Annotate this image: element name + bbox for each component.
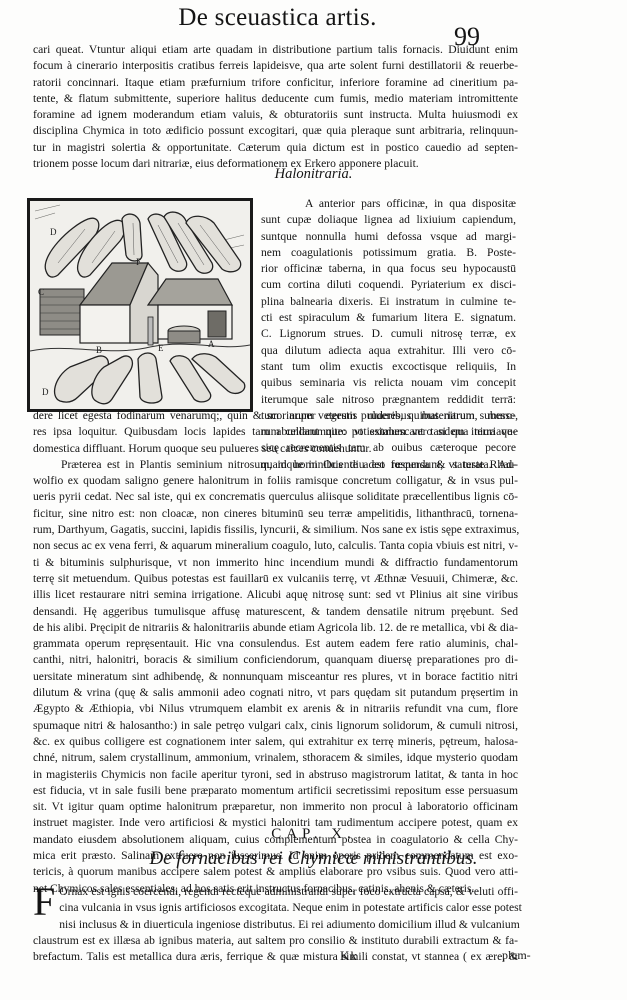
signature-mark: Kk xyxy=(340,948,358,964)
drop-capital: F xyxy=(33,886,55,918)
text-line: A anterior pars officinæ, in qua disposi… xyxy=(261,196,516,212)
text-line: sit. Vt igitur quam optime halonitrum pr… xyxy=(33,799,518,815)
text-line: densandi. Hę aggeribus tumulisque affusę… xyxy=(33,604,518,620)
text-line: nisi inclusus & in diuerticula ingeniose… xyxy=(33,917,518,933)
svg-text:D: D xyxy=(50,227,57,237)
svg-text:E: E xyxy=(158,343,164,353)
text-line: chné, nitrum, salem crystallinum, ammoni… xyxy=(33,750,518,766)
text-line: foramine ad ignem moderandum etiam valui… xyxy=(33,107,518,123)
text-line: canthi, nitri, halonitri, boracis & simi… xyxy=(33,652,518,668)
text-line: dere licet egesta fodinarum venarumq;, q… xyxy=(33,408,518,424)
text-line: suntque nonnulla humi defossa vsque ad m… xyxy=(261,229,516,245)
woodcut-illustration: D C B E A D F xyxy=(27,198,253,412)
text-line: domestica diffluant. Horum quoque seu pu… xyxy=(33,441,518,457)
text-line: quibus seminaria vis relicta nouam vim c… xyxy=(261,375,516,391)
running-head-title: De sceuastica artis. xyxy=(178,4,376,31)
text-line: wolfio ex quodam saligno genere halonitr… xyxy=(33,473,518,489)
catchword: plum- xyxy=(502,948,531,963)
svg-text:D: D xyxy=(42,387,49,397)
text-line: nem coagulationis potissimum gratia. B. … xyxy=(261,245,516,261)
text-line: Ornax est ignis coercendi, regendi recte… xyxy=(33,884,518,900)
text-line: ueris pyrii cedat. Nec sal iste, qui ex … xyxy=(33,489,518,505)
text-line: rum, Darthyum, Gagatis, succini, lapidis… xyxy=(33,522,518,538)
text-line: &c. ex quibus colligere est cognationem … xyxy=(33,734,518,750)
svg-text:C: C xyxy=(38,287,44,297)
text-line: est fiducia, vt in sale fusili bene præp… xyxy=(33,783,518,799)
text-line: ficitur, sine nitro est: non cloacæ, non… xyxy=(33,506,518,522)
text-line: res ipsa loquitur. Quibusdam locis lapid… xyxy=(33,424,518,440)
text-line: cari queat. Vtuntur aliqui etiam arte qu… xyxy=(33,42,518,58)
svg-text:B: B xyxy=(96,345,102,355)
chapter-title: De fornacibus rei Chymicæ ministrantibus… xyxy=(0,848,627,870)
text-line: rior officinæ taberna, in qua focus seu … xyxy=(261,261,516,277)
text-line: sunt cupæ doliaque lignea ad lixiuium ca… xyxy=(261,212,516,228)
text-line: C. Lignorum strues. D. cumuli nitrosę te… xyxy=(261,326,516,342)
text-line: grammata operum repręsentauit. Hic vna c… xyxy=(33,636,518,652)
text-line: illis licet restaurare nitri semina irri… xyxy=(33,587,518,603)
text-line: Ægypto & Æthiopia, vbi Nilus vtrumquem e… xyxy=(33,701,518,717)
text-line: focum à cinerario interpositis cratibus … xyxy=(33,58,518,74)
text-line: qua dilutum adiecta aqua extrahitur. Ill… xyxy=(261,343,516,359)
text-line: tente, & flatum submittente, superiore h… xyxy=(33,91,518,107)
text-line: Præterea est in Plantis seminium nitrosu… xyxy=(33,457,518,473)
text-line: disciplina Chymica in toto ædificio poss… xyxy=(33,123,518,139)
text-line: terrę sit metuendum. Quibus potestas est… xyxy=(33,571,518,587)
text-line: de his alibi. Pręcipit de nitrariis & ha… xyxy=(33,620,518,636)
text-line: brefactum. Talis est metallica dura æris… xyxy=(33,949,518,965)
text-line: cum cortina diluti coquendi. Pyriaterium… xyxy=(261,277,516,293)
running-head: De sceuastica artis. xyxy=(0,4,627,32)
section-heading: Halonitraria. xyxy=(0,166,627,183)
opening-paragraph: cari queat. Vtuntur aliqui etiam arte qu… xyxy=(33,42,518,172)
text-line: uersitate mineratum sint adhibendę, & no… xyxy=(33,669,518,685)
text-line: iterumque sale nitroso prægnantem reddid… xyxy=(261,392,516,408)
text-line: plina balnearia dixeris. Ei instratum in… xyxy=(261,294,516,310)
body-text: dere licet egesta fodinarum venarumq;, q… xyxy=(33,408,518,897)
book-page: De sceuastica artis. 99 cari queat. Vtun… xyxy=(0,0,627,1000)
text-line: non secus ac ex vena ferri, & aquarum mi… xyxy=(33,538,518,554)
text-line: dilutum & vrina (quę & salis ammonii ade… xyxy=(33,685,518,701)
text-line: cina vulcania in vsus ignis artificiosos… xyxy=(33,900,518,916)
svg-text:F: F xyxy=(136,257,141,267)
text-line: ti & bituminis sulphurisque, vt non imme… xyxy=(33,555,518,571)
text-line: cti est spiraculum & fumarium litera E. … xyxy=(261,310,516,326)
text-line: in magisteriis Chymicis non facile aperi… xyxy=(33,767,518,783)
text-line: claustrum est ex illæsa ab ignibus mater… xyxy=(33,933,518,949)
text-line: ratorii concinnari. Itaque etiam præfurn… xyxy=(33,75,518,91)
text-line: spumaque nitri & halosantho:) in sale pe… xyxy=(33,718,518,734)
saltpetre-works-woodcut-icon: D C B E A D F xyxy=(30,201,250,409)
chapter-body: F Ornax est ignis coercendi, regendi rec… xyxy=(33,884,518,965)
text-line: tur in magistri solertia & opportunitate… xyxy=(33,140,518,156)
chapter-label: CAP. X. xyxy=(0,826,627,843)
text-line: stant tum olim exuctis excoctisque reliq… xyxy=(261,359,516,375)
svg-text:A: A xyxy=(208,339,215,349)
